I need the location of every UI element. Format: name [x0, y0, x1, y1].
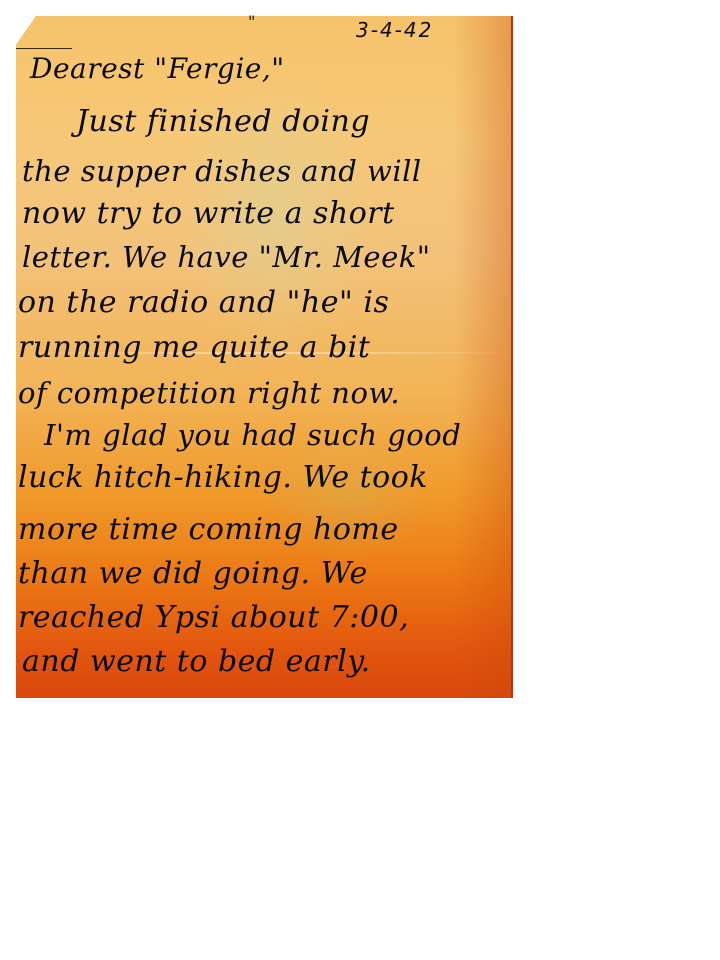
letter-line: letter. We have "Mr. Meek": [22, 240, 431, 274]
letter-date: 3-4-42: [356, 18, 433, 42]
letter-line: I'm glad you had such good: [44, 418, 461, 452]
letter-line: on the radio and "he" is: [18, 285, 389, 320]
letter-line: luck hitch-hiking. We took: [18, 460, 428, 495]
letter-line: running me quite a bit: [18, 330, 370, 365]
letter-line: the supper dishes and will: [22, 154, 422, 188]
corner-rule-line: [16, 48, 72, 49]
letter-line: than we did going. We: [18, 556, 368, 591]
letter-line: of competition right now.: [18, 376, 400, 410]
letter-line: more time coming home: [18, 512, 399, 547]
letter-line: Just finished doing: [76, 104, 370, 139]
letter-line: now try to write a short: [22, 196, 395, 231]
letter-line: reached Ypsi about 7:00,: [18, 600, 409, 635]
letter-greeting: Dearest "Fergie,": [30, 52, 285, 85]
letter-line: and went to bed early.: [22, 644, 371, 679]
stray-mark: ": [248, 12, 255, 31]
